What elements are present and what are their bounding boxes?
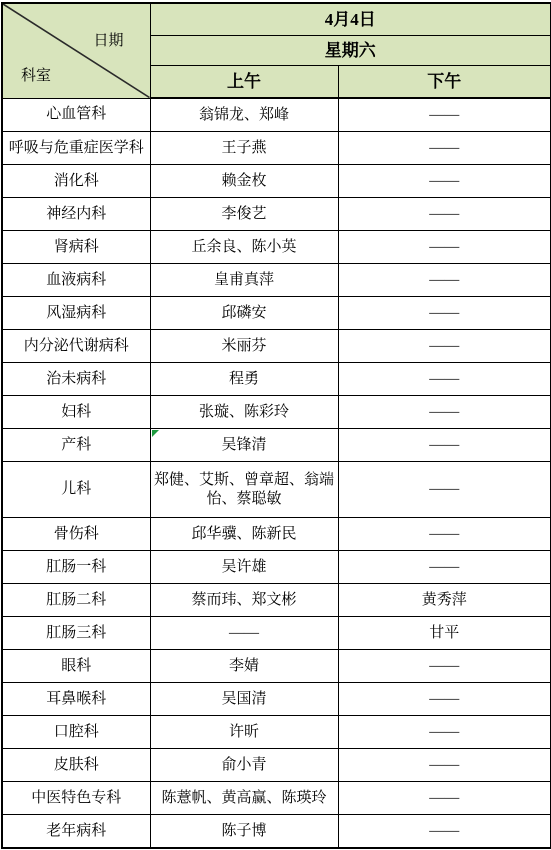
morning-cell: 丘余良、陈小英 <box>150 231 338 264</box>
table-row: 皮肤科 俞小青 —— <box>2 749 551 782</box>
morning-cell: 吴锋清 <box>150 429 338 462</box>
afternoon-cell: —— <box>338 132 551 165</box>
table-row: 口腔科 许昕 —— <box>2 716 551 749</box>
duty-schedule-page: 日期 科室 4月4日 星期六 上午 下午 心血管科 翁锦龙、郑峰 —— 呼吸与危… <box>0 0 551 849</box>
morning-cell: 邱磷安 <box>150 297 338 330</box>
afternoon-cell: —— <box>338 650 551 683</box>
afternoon-cell: —— <box>338 429 551 462</box>
afternoon-cell: —— <box>338 165 551 198</box>
table-row: 神经内科 李俊艺 —— <box>2 198 551 231</box>
department-cell: 耳鼻喉科 <box>2 683 150 716</box>
table-row: 治未病科 程勇 —— <box>2 363 551 396</box>
afternoon-cell: —— <box>338 749 551 782</box>
morning-value: 李俊艺 <box>221 206 266 222</box>
morning-value: 邱华骥、陈新民 <box>191 526 296 542</box>
department-cell: 老年病科 <box>2 815 150 849</box>
department-cell: 皮肤科 <box>2 749 150 782</box>
table-row: 肛肠三科 —— 甘平 <box>2 617 551 650</box>
morning-value: 吴国清 <box>221 691 266 707</box>
morning-value: 王子燕 <box>221 140 266 156</box>
morning-value: 吴许雄 <box>221 559 266 575</box>
morning-value: 程勇 <box>229 371 259 387</box>
header-row-date: 日期 科室 4月4日 <box>2 3 551 36</box>
morning-value: 赖金枚 <box>221 173 266 189</box>
table-row: 肛肠二科 蔡而玮、郑文彬 黄秀萍 <box>2 584 551 617</box>
morning-value: 邱磷安 <box>221 305 266 321</box>
department-cell: 口腔科 <box>2 716 150 749</box>
morning-value: 张璇、陈彩玲 <box>199 404 289 420</box>
afternoon-cell: —— <box>338 396 551 429</box>
morning-cell: —— <box>150 617 338 650</box>
morning-cell: 张璇、陈彩玲 <box>150 396 338 429</box>
department-cell: 治未病科 <box>2 363 150 396</box>
table-row: 肾病科 丘余良、陈小英 —— <box>2 231 551 264</box>
department-cell: 肾病科 <box>2 231 150 264</box>
morning-cell: 蔡而玮、郑文彬 <box>150 584 338 617</box>
afternoon-cell: —— <box>338 782 551 815</box>
table-row: 耳鼻喉科 吴国清 —— <box>2 683 551 716</box>
afternoon-cell: 甘平 <box>338 617 551 650</box>
morning-value: 蔡而玮、郑文彬 <box>191 592 296 608</box>
table-row: 骨伤科 邱华骥、陈新民 —— <box>2 518 551 551</box>
corner-header-cell: 日期 科室 <box>2 3 150 98</box>
department-cell: 风湿病科 <box>2 297 150 330</box>
table-row: 眼科 李婧 —— <box>2 650 551 683</box>
department-cell: 呼吸与危重症医学科 <box>2 132 150 165</box>
department-cell: 产科 <box>2 429 150 462</box>
table-row: 肛肠一科 吴许雄 —— <box>2 551 551 584</box>
morning-value: 吴锋清 <box>221 437 266 453</box>
afternoon-cell: —— <box>338 231 551 264</box>
afternoon-cell: —— <box>338 551 551 584</box>
table-row: 呼吸与危重症医学科 王子燕 —— <box>2 132 551 165</box>
department-cell: 骨伤科 <box>2 518 150 551</box>
afternoon-column-header: 下午 <box>338 66 551 99</box>
comment-marker-icon <box>152 430 159 437</box>
schedule-body: 心血管科 翁锦龙、郑峰 —— 呼吸与危重症医学科 王子燕 —— 消化科 赖金枚 … <box>2 98 551 848</box>
afternoon-cell: —— <box>338 716 551 749</box>
morning-value: 翁锦龙、郑峰 <box>199 107 289 123</box>
morning-value: 陈子博 <box>221 823 266 839</box>
duty-schedule-table: 日期 科室 4月4日 星期六 上午 下午 心血管科 翁锦龙、郑峰 —— 呼吸与危… <box>1 2 551 849</box>
afternoon-cell: —— <box>338 462 551 518</box>
morning-cell: 翁锦龙、郑峰 <box>150 98 338 132</box>
afternoon-cell: —— <box>338 297 551 330</box>
morning-value: 米丽芬 <box>221 338 266 354</box>
table-row: 消化科 赖金枚 —— <box>2 165 551 198</box>
table-row: 血液病科 皇甫真萍 —— <box>2 264 551 297</box>
morning-cell: 吴许雄 <box>150 551 338 584</box>
morning-cell: 米丽芬 <box>150 330 338 363</box>
table-row: 产科 吴锋清 —— <box>2 429 551 462</box>
table-row: 老年病科 陈子博 —— <box>2 815 551 849</box>
morning-cell: 陈薏帆、黄高赢、陈瑛玲 <box>150 782 338 815</box>
morning-cell: 俞小青 <box>150 749 338 782</box>
department-cell: 内分泌代谢病科 <box>2 330 150 363</box>
department-cell: 儿科 <box>2 462 150 518</box>
department-cell: 中医特色专科 <box>2 782 150 815</box>
morning-cell: 吴国清 <box>150 683 338 716</box>
afternoon-cell: —— <box>338 264 551 297</box>
morning-cell: 许昕 <box>150 716 338 749</box>
morning-value: 俞小青 <box>221 757 266 773</box>
department-cell: 神经内科 <box>2 198 150 231</box>
corner-date-label: 日期 <box>93 32 123 51</box>
morning-value: 陈薏帆、黄高赢、陈瑛玲 <box>161 790 326 806</box>
morning-value: 丘余良、陈小英 <box>191 239 296 255</box>
morning-cell: 李俊艺 <box>150 198 338 231</box>
department-cell: 心血管科 <box>2 98 150 132</box>
afternoon-cell: 黄秀萍 <box>338 584 551 617</box>
afternoon-cell: —— <box>338 98 551 132</box>
department-cell: 消化科 <box>2 165 150 198</box>
department-cell: 眼科 <box>2 650 150 683</box>
afternoon-cell: —— <box>338 330 551 363</box>
table-row: 风湿病科 邱磷安 —— <box>2 297 551 330</box>
morning-value: 李婧 <box>229 658 259 674</box>
weekday-header: 星期六 <box>150 36 551 66</box>
morning-value: 皇甫真萍 <box>214 272 274 288</box>
afternoon-cell: —— <box>338 363 551 396</box>
department-cell: 肛肠三科 <box>2 617 150 650</box>
department-cell: 血液病科 <box>2 264 150 297</box>
morning-value: 许昕 <box>229 724 259 740</box>
department-cell: 肛肠二科 <box>2 584 150 617</box>
morning-cell: 赖金枚 <box>150 165 338 198</box>
afternoon-cell: —— <box>338 815 551 849</box>
morning-cell: 王子燕 <box>150 132 338 165</box>
morning-value: 郑健、艾斯、曾章超、翁端怡、蔡聪敏 <box>154 472 334 507</box>
morning-column-header: 上午 <box>150 66 338 99</box>
morning-value: —— <box>229 625 259 641</box>
table-row: 中医特色专科 陈薏帆、黄高赢、陈瑛玲 —— <box>2 782 551 815</box>
date-header: 4月4日 <box>150 3 551 36</box>
corner-dept-label: 科室 <box>21 67 51 86</box>
morning-cell: 郑健、艾斯、曾章超、翁端怡、蔡聪敏 <box>150 462 338 518</box>
morning-cell: 邱华骥、陈新民 <box>150 518 338 551</box>
table-row: 内分泌代谢病科 米丽芬 —— <box>2 330 551 363</box>
afternoon-cell: —— <box>338 518 551 551</box>
morning-cell: 李婧 <box>150 650 338 683</box>
afternoon-cell: —— <box>338 198 551 231</box>
department-cell: 妇科 <box>2 396 150 429</box>
morning-cell: 程勇 <box>150 363 338 396</box>
table-row: 儿科 郑健、艾斯、曾章超、翁端怡、蔡聪敏 —— <box>2 462 551 518</box>
afternoon-cell: —— <box>338 683 551 716</box>
table-row: 心血管科 翁锦龙、郑峰 —— <box>2 98 551 132</box>
department-cell: 肛肠一科 <box>2 551 150 584</box>
morning-cell: 皇甫真萍 <box>150 264 338 297</box>
morning-cell: 陈子博 <box>150 815 338 849</box>
table-row: 妇科 张璇、陈彩玲 —— <box>2 396 551 429</box>
